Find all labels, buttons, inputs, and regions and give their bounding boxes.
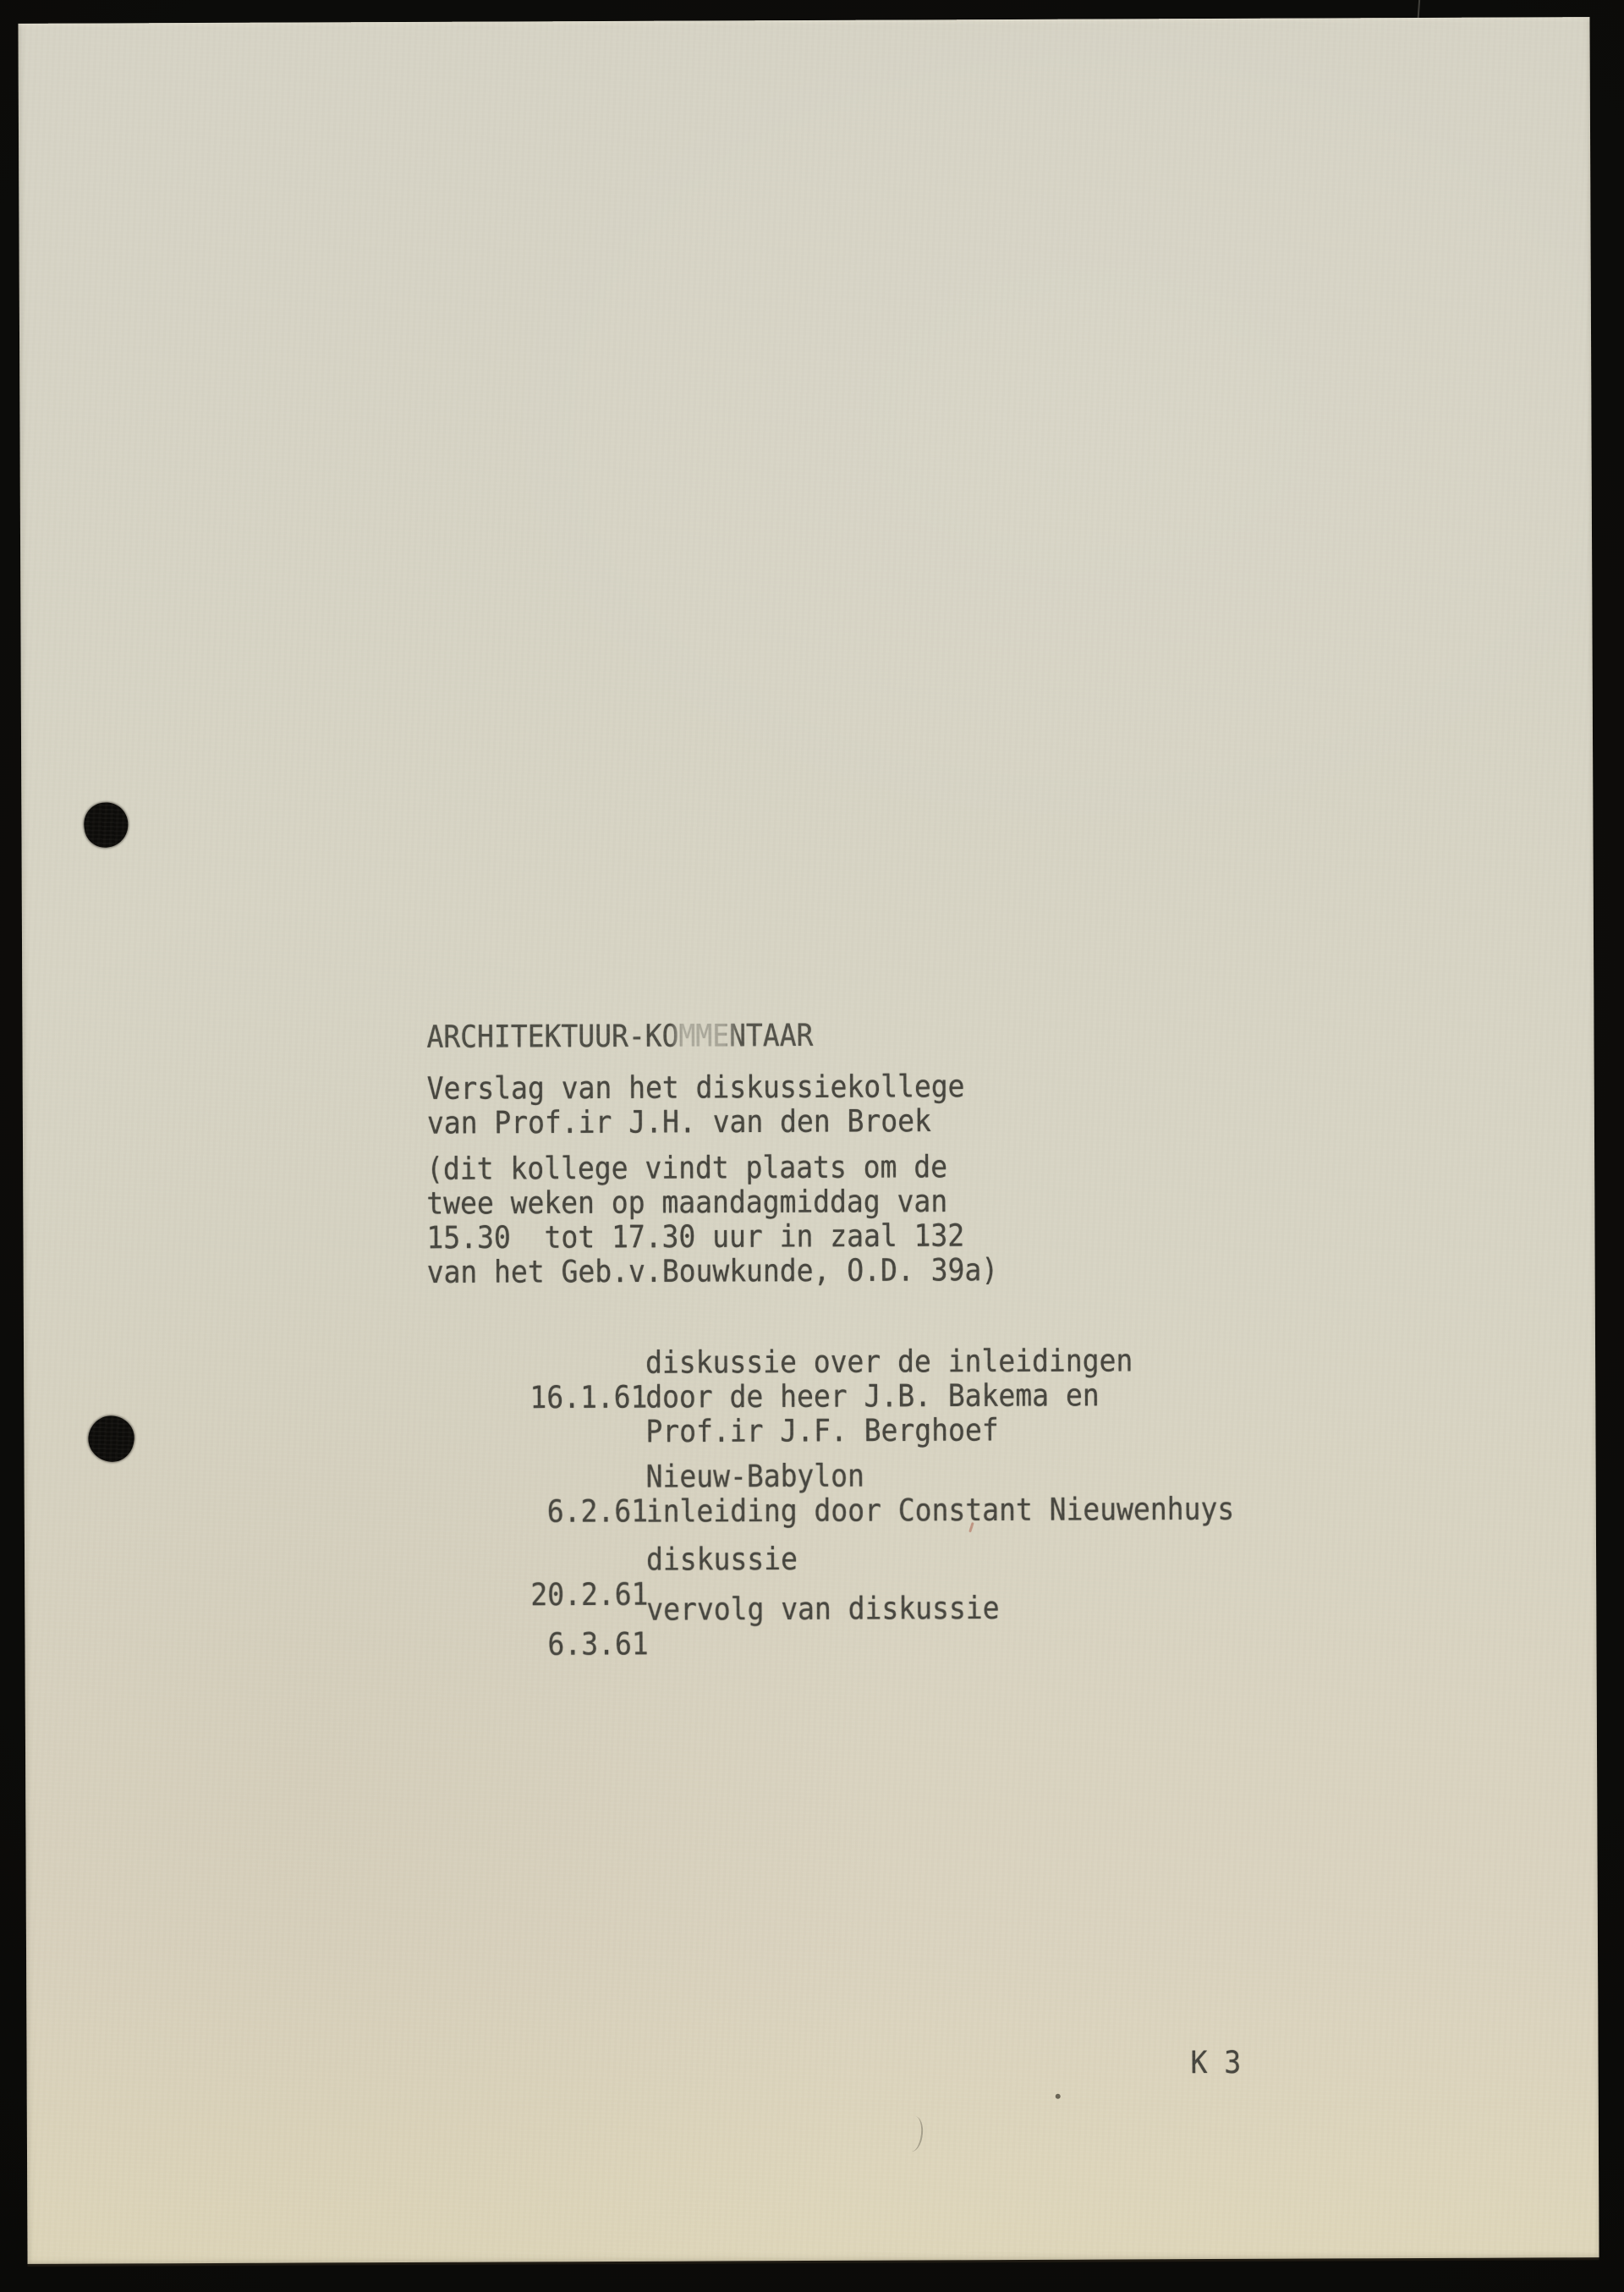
schedule-description: diskussie <box>646 1542 798 1576</box>
schedule-description: Nieuw-Babylon inleiding door Constant Ni… <box>646 1457 1235 1528</box>
scanned-document-view: ARCHITEKTUUR-KOMMENTAAR Verslag van het … <box>0 0 1624 2292</box>
speck-artifact <box>1056 2094 1061 2099</box>
schedule-row: 6.3.61 vervolg van diskussie <box>429 1592 649 1731</box>
schedule-date: 16.1.61 <box>529 1380 647 1415</box>
punch-hole-bottom <box>85 1412 139 1466</box>
schedule-description: vervolg van diskussie <box>646 1591 999 1626</box>
schedule-date: 6.2.61 <box>529 1493 648 1528</box>
punch-hole-top <box>81 800 131 850</box>
document-intro: Verslag van het diskussiekollege van Pro… <box>427 1069 965 1140</box>
pencil-mark-artifact <box>908 2116 925 2153</box>
document-page: ARCHITEKTUUR-KOMMENTAAR Verslag van het … <box>18 17 1599 2264</box>
page-mark: K 3 <box>1190 2045 1241 2080</box>
schedule-description: diskussie over de inleidingen door de he… <box>645 1343 1133 1448</box>
document-note: (dit kollege vindt plaats om de twee wek… <box>426 1149 998 1289</box>
document-heading: ARCHITEKTUUR-KOMMENTAAR <box>426 1018 813 1054</box>
schedule-date: 6.3.61 <box>530 1626 649 1661</box>
